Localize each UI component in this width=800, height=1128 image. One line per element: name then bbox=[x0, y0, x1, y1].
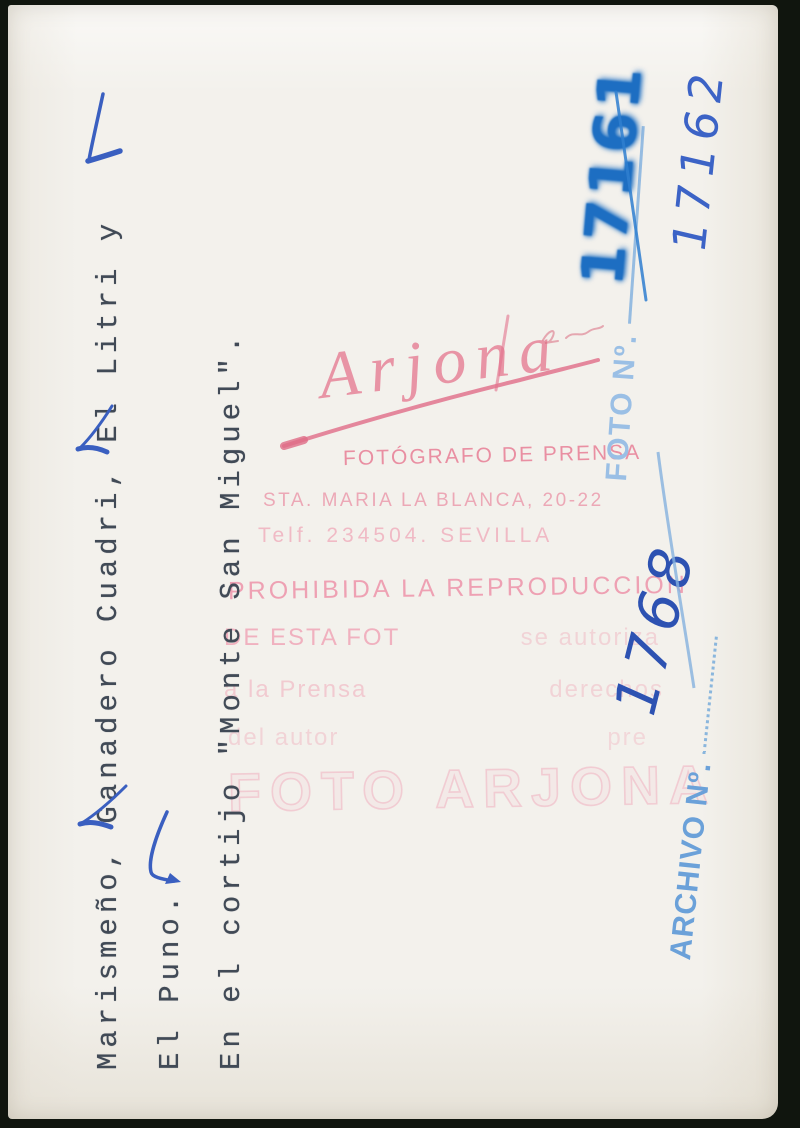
pen-check-cuadri bbox=[80, 406, 112, 448]
pen-check-top bbox=[89, 94, 103, 160]
photo-back-scan: FOTÓGRAFO DE PRENSA STA. MARIA LA BLANCA… bbox=[0, 0, 800, 1128]
ink-overlay: Arjona bbox=[0, 0, 800, 1128]
strike-line-17161 bbox=[616, 92, 646, 300]
signature-text: Arjona bbox=[311, 311, 565, 414]
pen-check-cuadri-hook bbox=[78, 448, 107, 452]
signature-flourish-start bbox=[284, 440, 304, 446]
archivo-rule-line bbox=[658, 452, 694, 688]
pen-check-top-hook bbox=[88, 151, 120, 161]
pen-check-ganadero bbox=[82, 786, 126, 823]
pen-check-ganadero-hook bbox=[80, 823, 111, 827]
pen-stroke-el-puno bbox=[150, 812, 174, 881]
